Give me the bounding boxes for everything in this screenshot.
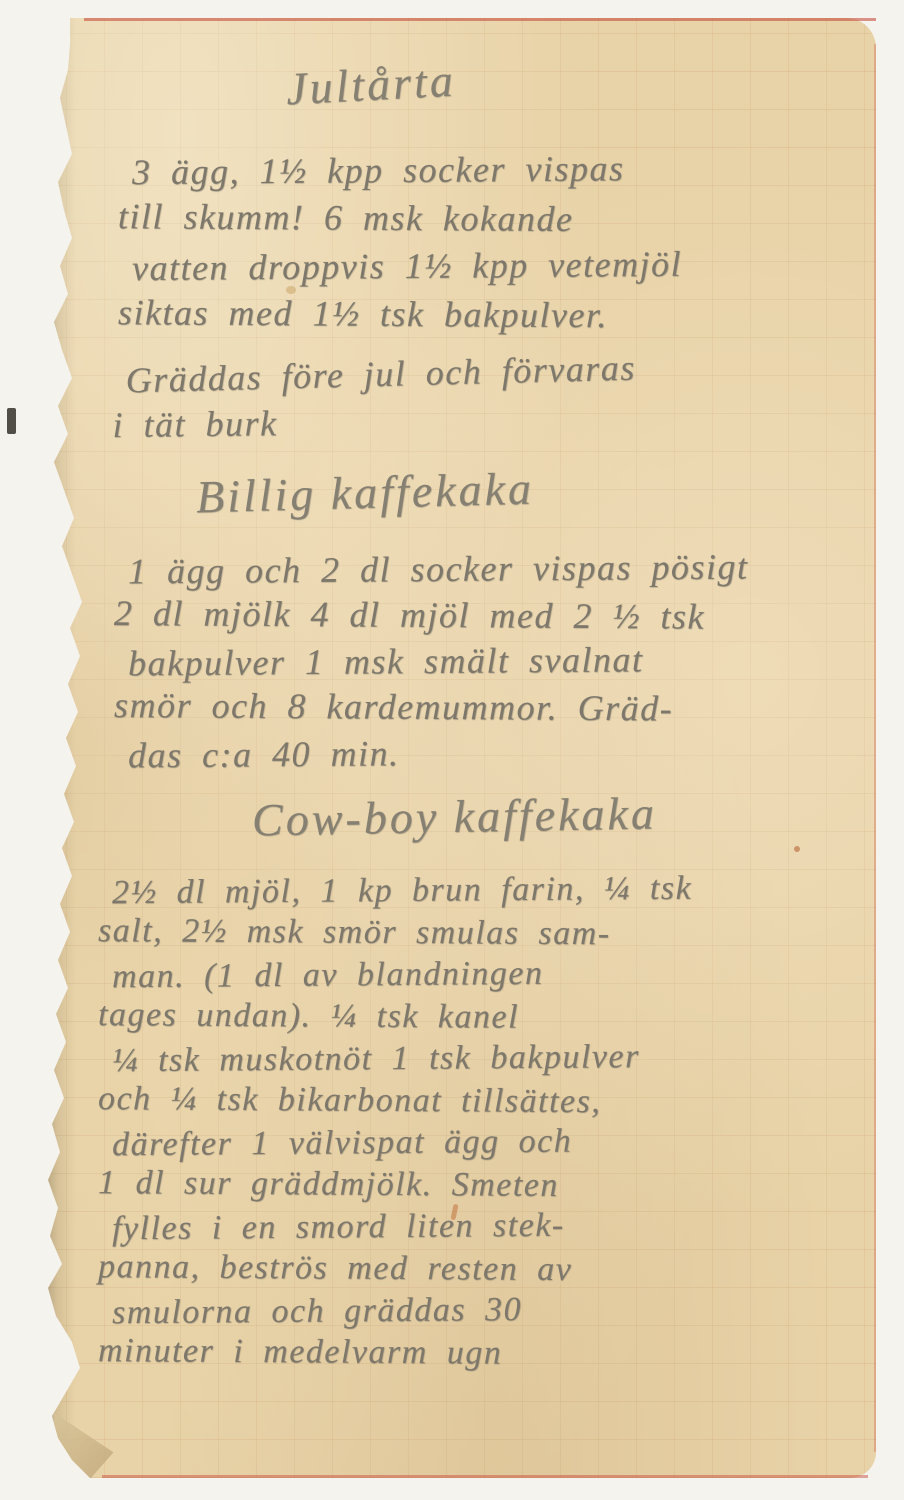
- handwritten-line: 2½ dl mjöl, 1 kp brun farin, ¼ tsk: [112, 868, 692, 915]
- recipe-note-jultarta: Gräddas före jul och förvaras i tät burk: [125, 346, 637, 451]
- handwritten-line: 1 dl sur gräddmjölk. Smeten: [98, 1162, 678, 1208]
- handwritten-line: bakpulver 1 msk smält svalnat: [128, 636, 749, 687]
- handwritten-line: panna, beströs med resten av: [98, 1246, 678, 1292]
- handwritten-line: till skumm! 6 msk kokande: [118, 192, 668, 243]
- recipe-title-jultarta: Jultårta: [285, 54, 457, 116]
- handwritten-line: man. (1 dl av blandningen: [112, 952, 692, 999]
- handwritten-line: smulorna och gräddas 30: [112, 1288, 692, 1335]
- recipe-body-cowboy-kaffekaka: 2½ dl mjöl, 1 kp brun farin, ¼ tsk salt,…: [112, 870, 692, 1374]
- torn-edge-shading: [42, 18, 76, 1478]
- red-bottom-edge: [102, 1475, 868, 1478]
- recipe-title-cowboy-kaffekaka: Cow-boy kaffekaka: [252, 786, 658, 846]
- recipe-body-billig-kaffekaka: 1 ägg och 2 dl socker vispas pösigt 2 dl…: [128, 546, 748, 776]
- handwritten-line: fylles i en smord liten stek-: [112, 1204, 692, 1251]
- handwritten-line: vatten droppvis 1½ kpp vetemjöl: [132, 240, 682, 292]
- recipe-title-billig-kaffekaka: Billig kaffekaka: [195, 462, 534, 524]
- handwritten-line: smör och 8 kardemummor. Gräd-: [114, 682, 735, 732]
- handwritten-line: 1 ägg och 2 dl socker vispas pösigt: [128, 544, 749, 595]
- handwritten-line: tages undan). ¼ tsk kanel: [98, 994, 678, 1040]
- stain: [794, 846, 800, 852]
- handwritten-line: minuter i medelvarm ugn: [98, 1330, 678, 1376]
- red-top-edge: [84, 18, 876, 21]
- handwritten-line: 3 ägg, 1½ kpp socker vispas: [132, 144, 682, 196]
- handwritten-line: därefter 1 välvispat ägg och: [112, 1120, 692, 1167]
- handwritten-line: das c:a 40 min.: [128, 728, 749, 779]
- red-right-edge: [874, 44, 876, 1452]
- recipe-body-jultarta: 3 ägg, 1½ kpp socker vispas till skumm! …: [132, 146, 682, 338]
- handwritten-line: siktas med 1½ tsk bakpulver.: [118, 288, 668, 339]
- dark-mark-left-margin: [7, 408, 16, 434]
- handwritten-line: i tät burk: [112, 395, 623, 449]
- paper-fold: [54, 1404, 124, 1492]
- handwritten-line: salt, 2½ msk smör smulas sam-: [98, 910, 678, 956]
- handwritten-line: 2 dl mjölk 4 dl mjöl med 2 ½ tsk: [114, 590, 735, 640]
- handwritten-line: och ¼ tsk bikarbonat tillsättes,: [98, 1078, 678, 1124]
- notebook-page: Jultårta 3 ägg, 1½ kpp socker vispas til…: [28, 18, 876, 1478]
- photo-background: Jultårta 3 ägg, 1½ kpp socker vispas til…: [0, 0, 904, 1500]
- handwritten-line: ¼ tsk muskotnöt 1 tsk bakpulver: [112, 1036, 692, 1083]
